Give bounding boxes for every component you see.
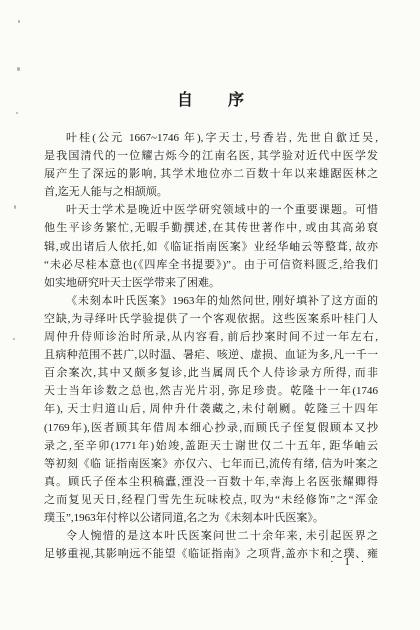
book-page: 自 序 叶桂(公元 1667~1746 年),字天士,号香岩, 先世自歙迁吴, … [0, 0, 420, 630]
text-line: 百余案次,其中又颇多复诊,此当属周氏个人侍诊录方所得, 而非 [44, 364, 378, 382]
text-line: 真。顾氏子侄本尘积稿蠹,湮没一百数十年,幸海上名医张耀卿得 [44, 473, 378, 491]
text-line: 《未刻本叶氏医案》1963年的灿然问世, 刚好填补了这方面的 [44, 292, 378, 310]
scan-speckle [17, 67, 20, 71]
text-line: 空缺,为寻绎叶氏学验提供了一个客观依据。这些医案系叶桂门人 [44, 310, 378, 328]
scan-speckle [14, 205, 16, 209]
page-title: 自 序 [44, 87, 378, 110]
text-line: 天士当年诊数之总也,然吉光片羽, 弥足珍贵。乾隆十一年(1746 [44, 382, 378, 400]
text-line: 周仲升侍师诊治时所录,从内容看, 前后抄案时间不过一年左右, [44, 328, 378, 346]
text-line: (1769年),医者顾其年借周本细心抄录,而顾氏子侄复假顾本又抄 [44, 419, 378, 437]
text-line: 展产生了深远的影响, 其学术地位亦二百数十年以来雄踞医林之 [44, 165, 378, 183]
text-line: “未必尽桂本意也(《四库全书提要》)”。由于可信资料匮乏,给我们 [44, 256, 378, 274]
text-line: 叶天士学术是晚近中医学研究领域中的一个重要课题。可惜 [44, 201, 378, 219]
scan-speckle [16, 112, 18, 114]
text-line: 令人惋惜的是这本叶氏医案问世二十余年来, 未引起医界之 [44, 527, 378, 545]
text-line: 是我国清代的一位耀古烁今的江南名医, 其学验对近代中医学发 [44, 147, 378, 165]
paragraph: 叶桂(公元 1667~1746 年),字天士,号香岩, 先世自歙迁吴, 是我国清… [44, 129, 378, 201]
text-line: 且病种范围不甚广,以时温、暑疟、咳逆、虚损、血证为多,凡一千一 [44, 346, 378, 364]
preface-text: 叶桂(公元 1667~1746 年),字天士,号香岩, 先世自歙迁吴, 是我国清… [44, 129, 378, 563]
paragraph: 《未刻本叶氏医案》1963年的灿然问世, 刚好填补了这方面的 空缺,为寻绎叶氏学… [44, 292, 378, 527]
paragraph: 叶天士学术是晚近中医学研究领域中的一个重要课题。可惜 他生平诊务繁忙,无暇手勤撰… [44, 201, 378, 291]
text-line: 首,迄无人能与之相颉颃。 [44, 183, 378, 201]
text-line: 辑,或出诸后人依托,如《临证指南医案》业经华岫云等整葺, 故亦 [44, 238, 378, 256]
text-line: 等初刻《临 证指南医案》亦仅六、七年而已,流传有绪, 信为叶案之 [44, 455, 378, 473]
text-line: 叶桂(公元 1667~1746 年),字天士,号香岩, 先世自歙迁吴, [44, 129, 378, 147]
paragraph: 令人惋惜的是这本叶氏医案问世二十余年来, 未引起医界之 足够重视,其影响远不能望… [44, 527, 378, 563]
text-line: 如实地研究叶天士医学带来了困难。 [44, 274, 378, 292]
text-line: 璞玉”,1963年付梓以公诸同道,名之为《未刻本叶氏医案》。 [44, 509, 378, 527]
scan-speckle [13, 338, 15, 340]
page-number: · 1 · [330, 556, 368, 568]
text-line: 之而复见天日,经程门雪先生玩味校点, 叹为“未经修饰”之“浑金 [44, 491, 378, 509]
scan-speckle [18, 20, 20, 23]
text-line: 他生平诊务繁忙,无暇手勤撰述,在其传世著作中, 或由其高弟裒 [44, 219, 378, 237]
text-line: 录之,至辛卯(1771年)始竣,盖距天士谢世仅二十五年, 距华岫云 [44, 437, 378, 455]
text-line: 年), 天士归道山后, 周仲升什袭藏之,未付剞劂。乾隆三十四年 [44, 400, 378, 418]
text-line: 足够重视,其影响远不能望《临证指南》之项背,盖亦卞和之璞、雍 [44, 545, 378, 563]
